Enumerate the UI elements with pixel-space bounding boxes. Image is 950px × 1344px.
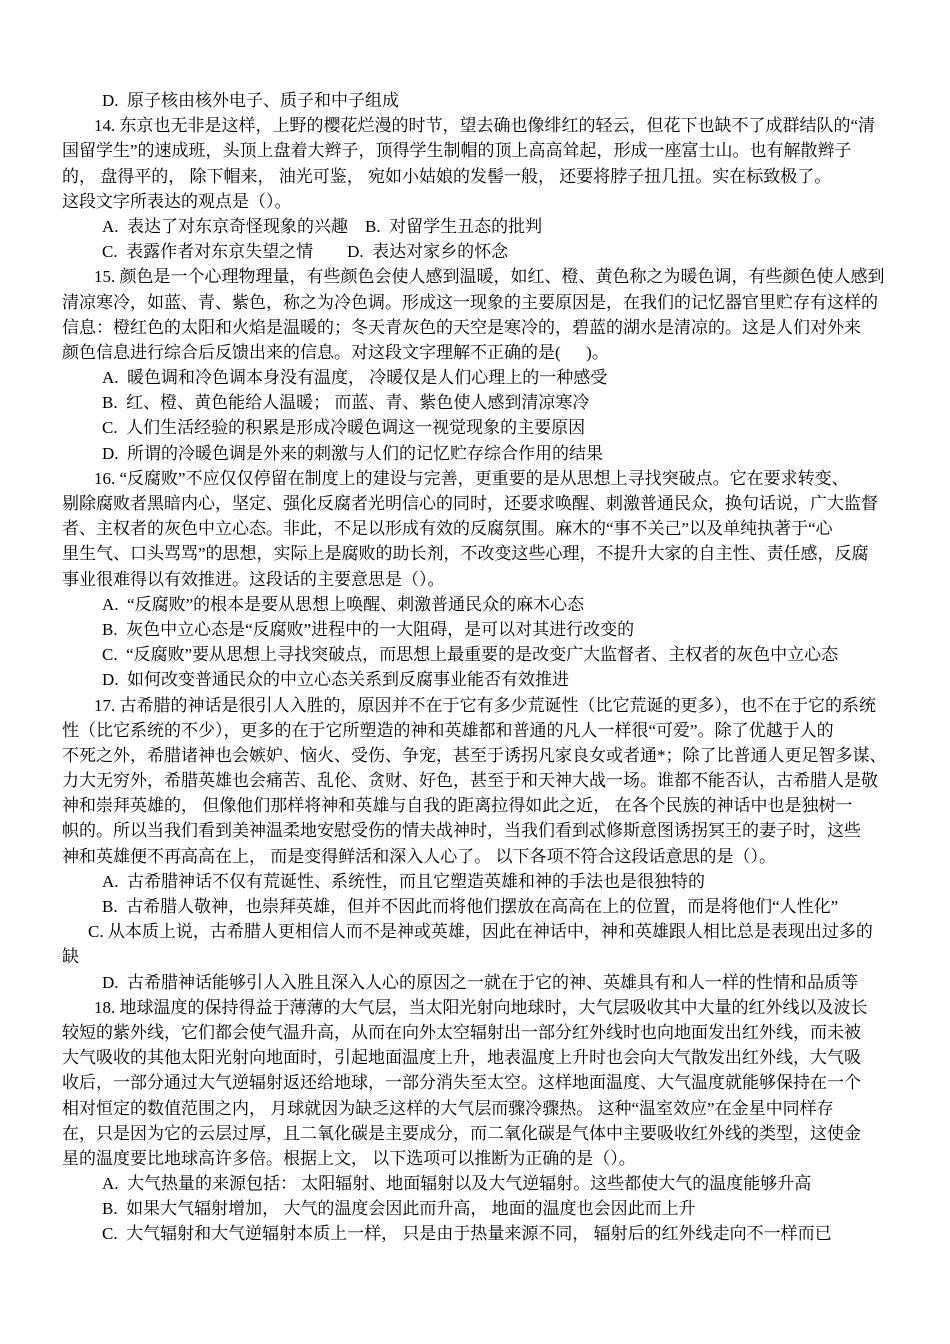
text-line: 星的温度要比地球高许多倍。根据上文， 以下选项可以推断为正确的是（）。 xyxy=(62,1146,888,1171)
text-line: 颜色信息进行综合后反馈出来的信息。对这段文字理解不正确的是( )。 xyxy=(62,340,888,365)
text-line: D. 原子核由核外电子、质子和中子组成 xyxy=(62,88,888,113)
text-line: 相对恒定的数值范围之内， 月球就因为缺乏这样的大气层而骤冷骤热。 这种“温室效应… xyxy=(62,1096,888,1121)
text-line: 性（比它系统的不少），更多的在于它所塑造的神和英雄都和普通的凡人一样很“可爱”。… xyxy=(62,718,888,743)
text-line: 力大无穷外，希腊英雄也会痛苦、乱伦、贪财、好色，甚至于和天神大战一场。谁都不能否… xyxy=(62,768,888,793)
text-line: 清凉寒冷，如蓝、青、紫色，称之为冷色调。形成这一现象的主要原因是，在我们的记忆器… xyxy=(62,290,888,315)
text-line: 缺 xyxy=(62,944,888,969)
text-line: 14. 东京也无非是这样，上野的樱花烂漫的时节，望去确也像绯红的轻云，但花下也缺… xyxy=(62,113,888,138)
text-line: 大气吸收的其他太阳光射向地面时，引起地面温度上升，地表温度上升时也会向大气散发出… xyxy=(62,1045,888,1070)
text-line: C. 从本质上说，古希腊人更相信人而不是神或英雄，因此在神话中，神和英雄跟人相比… xyxy=(62,919,888,944)
text-line: 神和英雄便不再高高在上， 而是变得鲜活和深入人心了。 以下各项不符合这段话意思的… xyxy=(62,844,888,869)
text-line: B. 如果大气辐射增加， 大气的温度会因此而升高， 地面的温度也会因此而上升 xyxy=(62,1196,888,1221)
document-page: D. 原子核由核外电子、质子和中子组成14. 东京也无非是这样，上野的樱花烂漫的… xyxy=(0,0,950,1344)
text-line: A. 暖色调和冷色调本身没有温度， 冷暖仅是人们心理上的一种感受 xyxy=(62,365,888,390)
text-line: 在，只是因为它的云层过厚，且二氧化碳是主要成分，而二氧化碳是气体中主要吸收红外线… xyxy=(62,1121,888,1146)
text-line: B. 灰色中立心态是“反腐败”进程中的一大阻碍，是可以对其进行改变的 xyxy=(62,617,888,642)
text-line: 15. 颜色是一个心理物理量，有些颜色会使人感到温暖，如红、橙、黄色称之为暖色调… xyxy=(62,264,888,289)
text-line: 收后，一部分通过大气逆辐射返还给地球，一部分消失至太空。这样地面温度、大气温度就… xyxy=(62,1070,888,1095)
text-line: A. 表达了对东京奇怪现象的兴趣 B. 对留学生丑态的批判 xyxy=(62,214,888,239)
text-line: 信息：橙红色的太阳和火焰是温暖的；冬天青灰色的天空是寒冷的，碧蓝的湖水是清凉的。… xyxy=(62,315,888,340)
text-line: C. 表露作者对东京失望之情 D. 表达对家乡的怀念 xyxy=(62,239,888,264)
text-line: 神和崇拜英雄的， 但像他们那样将神和英雄与自我的距离拉得如此之近， 在各个民族的… xyxy=(62,793,888,818)
text-line: 事业很难得以有效推进。这段话的主要意思是（）。 xyxy=(62,567,888,592)
text-line: A. “反腐败”的根本是要从思想上唤醒、刺激普通民众的麻木心态 xyxy=(62,592,888,617)
text-line: D. 所谓的冷暖色调是外来的刺激与人们的记忆贮存综合作用的结果 xyxy=(62,441,888,466)
text-line: B. 古希腊人敬神，也崇拜英雄，但并不因此而将他们摆放在高高在上的位置，而是将他… xyxy=(62,894,888,919)
text-line: 较短的紫外线，它们都会使气温升高，从而在向外太空辐射出一部分红外线时也向地面发出… xyxy=(62,1020,888,1045)
text-line: C. 人们生活经验的积累是形成冷暖色调这一视觉现象的主要原因 xyxy=(62,415,888,440)
text-line: A. 大气热量的来源包括： 太阳辐射、地面辐射以及大气逆辐射。这些都使大气的温度… xyxy=(62,1171,888,1196)
text-line: 剔除腐败者黑暗内心，坚定、强化反腐者光明信心的同时，还要求唤醒、刺激普通民众，换… xyxy=(62,491,888,516)
text-line: 17. 古希腊的神话是很引人入胜的，原因并不在于它有多少荒诞性（比它荒诞的更多）… xyxy=(62,693,888,718)
text-line: 国留学生”的速成班，头顶上盘着大辫子，顶得学生制帽的顶上高高耸起，形成一座富士山… xyxy=(62,138,888,163)
text-line: A. 古希腊神话不仅有荒诞性、系统性，而且它塑造英雄和神的手法也是很独特的 xyxy=(62,869,888,894)
text-line: D. 古希腊神话能够引人入胜且深入人心的原因之一就在于它的神、英雄具有和人一样的… xyxy=(62,970,888,995)
text-line: 不死之外，希腊诸神也会嫉妒、恼火、受伤、争宠，甚至于诱拐凡家良女或者通*；除了比… xyxy=(62,743,888,768)
text-line: D. 如何改变普通民众的中立心态关系到反腐事业能否有效推进 xyxy=(62,667,888,692)
text-line: 帜的。所以当我们看到美神温柔地安慰受伤的情夫战神时，当我们看到忒修斯意图诱拐冥王… xyxy=(62,818,888,843)
text-line: C. “反腐败”要从思想上寻找突破点，而思想上最重要的是改变广大监督者、主权者的… xyxy=(62,642,888,667)
text-line: 者、主权者的灰色中立心态。非此，不足以形成有效的反腐氛围。麻木的“事不关己”以及… xyxy=(62,516,888,541)
text-line: 18. 地球温度的保持得益于薄薄的大气层，当太阳光射向地球时，大气层吸收其中大量… xyxy=(62,995,888,1020)
text-line: 这段文字所表达的观点是（）。 xyxy=(62,189,888,214)
text-line: C. 大气辐射和大气逆辐射本质上一样， 只是由于热量来源不同， 辐射后的红外线走… xyxy=(62,1221,888,1246)
text-line: 16. “反腐败”不应仅仅停留在制度上的建设与完善，更重要的是从思想上寻找突破点… xyxy=(62,466,888,491)
text-line: 里生气、口头骂骂”的思想，实际上是腐败的助长剂，不改变这些心理，不提升大家的自主… xyxy=(62,541,888,566)
text-line: B. 红、橙、黄色能给人温暖； 而蓝、青、紫色使人感到清凉寒冷 xyxy=(62,390,888,415)
text-line: 的， 盘得平的， 除下帽来， 油光可鉴， 宛如小姑娘的发髻一般， 还要将脖子扭几… xyxy=(62,164,888,189)
